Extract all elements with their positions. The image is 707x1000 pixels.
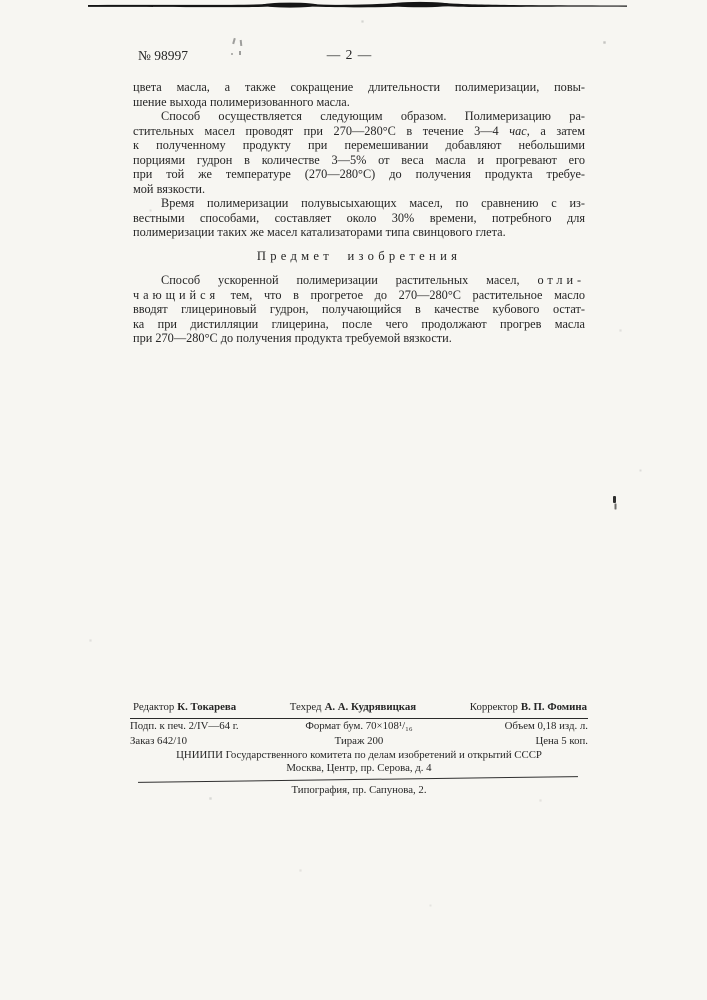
section-heading-subject-of-invention: Предмет изобретения <box>133 249 585 264</box>
volume: Объем 0,18 изд. л. <box>446 721 588 733</box>
text-line: мой вязкости. <box>133 182 585 197</box>
paragraph-claim: Способ ускоренной полимеризации растител… <box>133 273 585 346</box>
signed-to-print: Подп. к печ. 2/IV—64 г. <box>130 721 272 733</box>
price: Цена 5 коп. <box>446 736 588 748</box>
paragraph-polymerization-time: Время полимеризации полувысыхающих масел… <box>133 196 585 240</box>
text-line: стительных масел проводят при 270—280°С … <box>133 124 585 139</box>
text-line: полимеризации таких же масел катализатор… <box>133 225 585 240</box>
patent-page: № 98997 — 2 — цвета масла, а также сокра… <box>0 0 707 1000</box>
text-line: Способ ускоренной полимеризации растител… <box>133 273 585 288</box>
techred-credit: ТехредА. А. Кудрявицкая <box>290 702 416 714</box>
footer-rule <box>130 718 588 719</box>
imprint-row-2: Заказ 642/10 Тираж 200 Цена 5 коп. <box>130 736 588 748</box>
editor-label: Редактор <box>133 701 174 713</box>
ink-speck-artifact <box>613 496 616 503</box>
techred-name: А. А. Кудрявицкая <box>325 701 417 713</box>
text-line: Способ осуществляется следующим образом.… <box>133 109 585 124</box>
text-line: вводят глицериновый гудрон, получающийся… <box>133 302 585 317</box>
order-number: Заказ 642/10 <box>130 736 272 748</box>
paragraph-method: Способ осуществляется следующим образом.… <box>133 109 585 196</box>
text-line: к полученному продукту при перемешивании… <box>133 138 585 153</box>
footer-rule-2 <box>138 777 578 784</box>
text-line: шение выхода полимеризованного масла. <box>133 95 585 110</box>
techred-label: Техред <box>290 701 322 713</box>
paper-format: Формат бум. 70×108¹/₁₆ <box>272 721 446 733</box>
text-line: вестными способами, составляет около 30%… <box>133 211 585 226</box>
corrector-name: В. П. Фомина <box>521 701 587 713</box>
text-line: цвета масла, а также сокращение длительн… <box>133 80 585 95</box>
text-line: Время полимеризации полувысыхающих масел… <box>133 196 585 211</box>
editor-name: К. Токарева <box>177 701 236 713</box>
document-body: цвета масла, а также сокращение длительн… <box>133 80 585 346</box>
publisher-org: ЦНИИПИ Государственного комитета по дела… <box>130 750 588 762</box>
paragraph-continuation: цвета масла, а также сокращение длительн… <box>133 80 585 109</box>
printshop-line: Типография, пр. Сапунова, 2. <box>130 785 588 797</box>
text-line: ка при дистилляции глицерина, после чего… <box>133 317 585 332</box>
credits-row: РедакторК. Токарева ТехредА. А. Кудрявиц… <box>130 702 588 718</box>
editor-credit: РедакторК. Токарева <box>133 702 236 714</box>
publisher-address: Москва, Центр, пр. Серова, д. 4 <box>130 763 588 775</box>
corrector-label: Корректор <box>470 701 518 713</box>
corrector-credit: КорректорВ. П. Фомина <box>470 702 587 714</box>
scan-edge-artifact <box>0 0 707 14</box>
print-run: Тираж 200 <box>272 736 446 748</box>
page-number: — 2 — <box>0 47 699 63</box>
text-line: порциями гудрон в количестве 3—5% от вес… <box>133 153 585 168</box>
text-segment: отли- <box>537 273 585 287</box>
imprint-footer: РедакторК. Токарева ТехредА. А. Кудрявиц… <box>130 702 588 797</box>
imprint-row-1: Подп. к печ. 2/IV—64 г. Формат бум. 70×1… <box>130 721 588 733</box>
text-segment: чающийся <box>133 288 219 302</box>
text-line: при 270—280°С до получения продукта треб… <box>133 331 585 346</box>
text-line: при той же температуре (270—280°С) до по… <box>133 167 585 182</box>
text-line: чающийся тем, что в прогретое до 270—280… <box>133 288 585 303</box>
text-segment: час <box>509 124 526 138</box>
